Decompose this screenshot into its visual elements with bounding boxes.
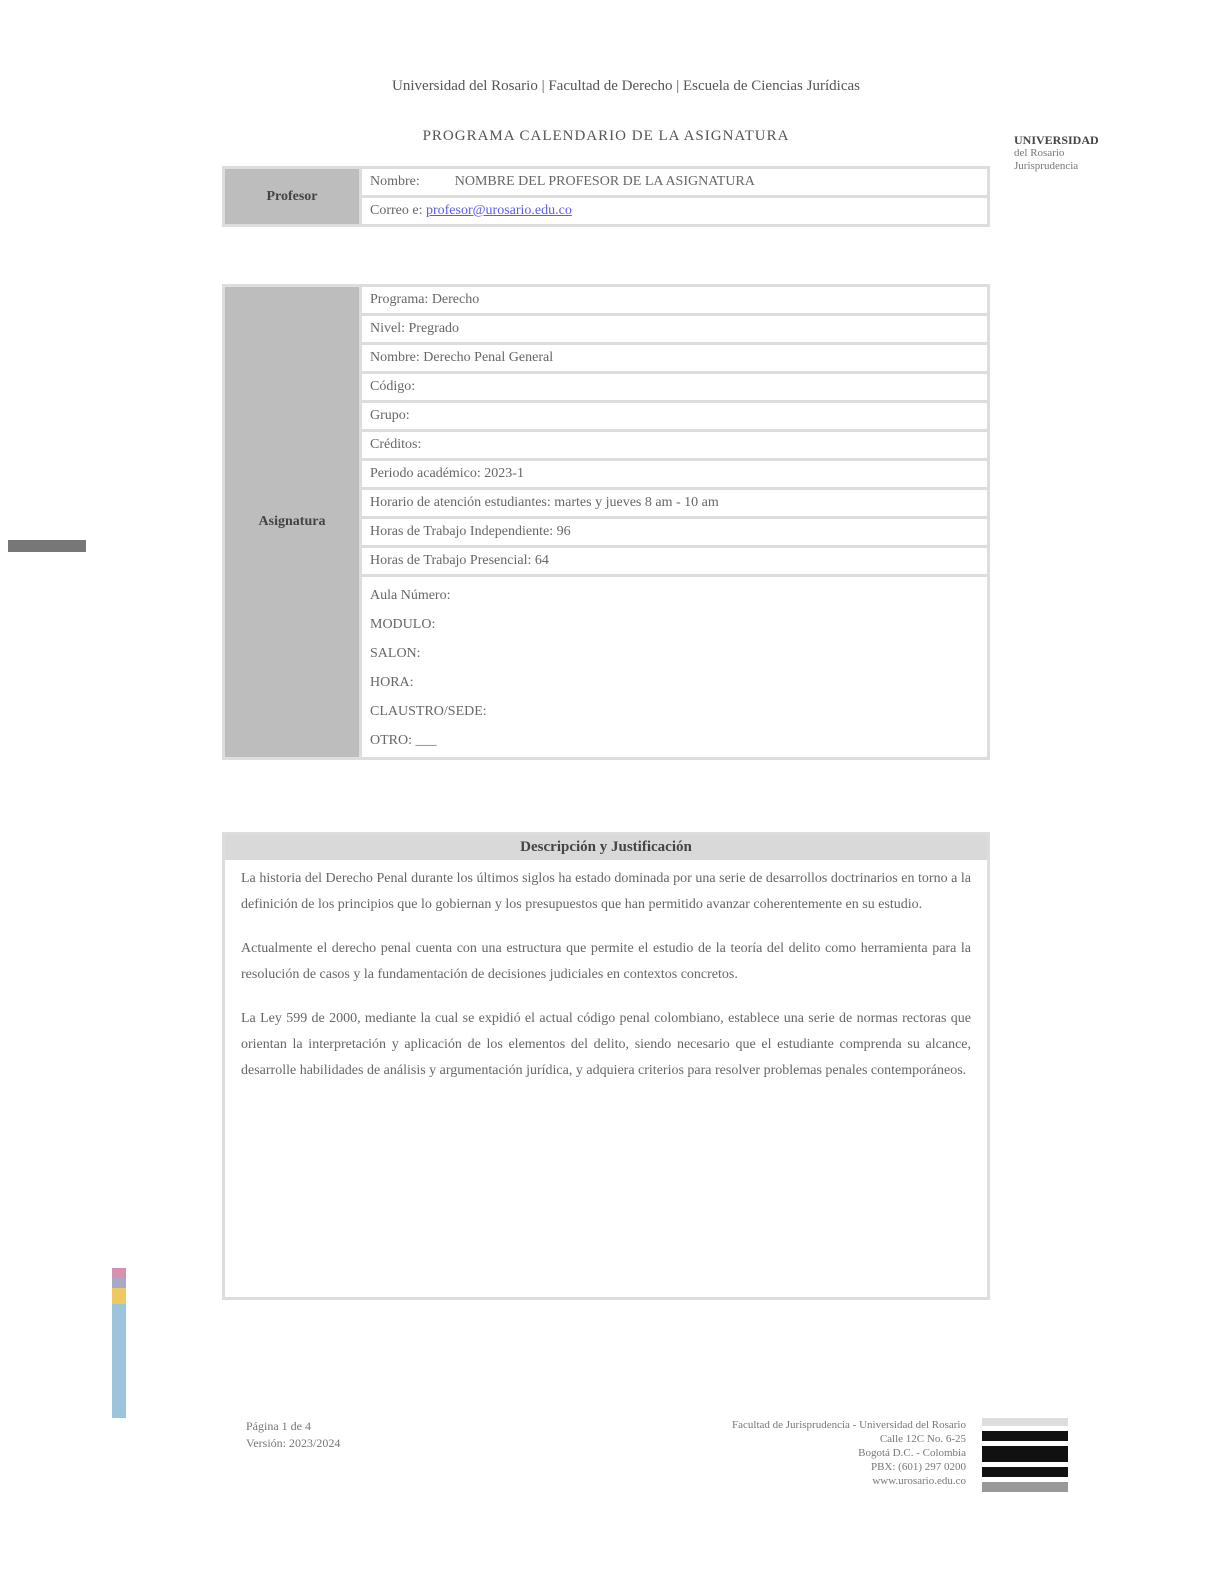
asignatura-row: Código: — [361, 373, 989, 402]
asignatura-row: Grupo: — [361, 402, 989, 431]
document-title: PROGRAMA CALENDARIO DE LA ASIGNATURA — [350, 128, 862, 145]
aula-block: Aula Número: MODULO: SALON: HORA: CLAUST… — [361, 576, 989, 759]
profesor-table: Profesor Nombre: NOMBRE DEL PROFESOR DE … — [222, 166, 990, 227]
email-link[interactable]: profesor@urosario.edu.co — [426, 203, 572, 218]
descripcion-heading: Descripción y Justificación — [225, 835, 987, 860]
descripcion-paragraph: Actualmente el derecho penal cuenta con … — [241, 936, 971, 988]
asignatura-row: Horas de Trabajo Presencial: 64 — [361, 547, 989, 576]
asignatura-label: Asignatura — [224, 286, 361, 759]
asignatura-row: Créditos: — [361, 431, 989, 460]
descripcion-paragraph: La Ley 599 de 2000, mediante la cual se … — [241, 1006, 971, 1084]
asignatura-row: Horas de Trabajo Independiente: 96 — [361, 518, 989, 547]
profesor-label: Profesor — [224, 168, 361, 226]
side-marker — [8, 540, 86, 552]
asignatura-row: Nivel: Pregrado — [361, 315, 989, 344]
footer-left: Página 1 de 4 Versión: 2023/2024 — [246, 1418, 340, 1452]
descripcion-section: Descripción y Justificación La historia … — [222, 832, 990, 1300]
institution-header: Universidad del Rosario | Facultad de De… — [262, 78, 990, 95]
footer-logo-icon — [982, 1418, 1068, 1510]
asignatura-row: Nombre: Derecho Penal General — [361, 344, 989, 373]
footer-address: Facultad de Jurisprudencia - Universidad… — [664, 1418, 966, 1488]
university-logo: UNIVERSIDAD del Rosario Jurisprudencia — [1014, 134, 1099, 173]
color-bar-decoration — [112, 1268, 126, 1418]
asignatura-table: AsignaturaPrograma: Derecho Nivel: Pregr… — [222, 284, 990, 760]
asignatura-row: Periodo académico: 2023-1 — [361, 460, 989, 489]
descripcion-paragraph: La historia del Derecho Penal durante lo… — [241, 866, 971, 918]
profesor-nombre: Nombre: NOMBRE DEL PROFESOR DE LA ASIGNA… — [361, 168, 989, 197]
asignatura-row: Programa: Derecho — [361, 286, 989, 315]
profesor-correo: Correo e: profesor@urosario.edu.co — [361, 197, 989, 226]
asignatura-row: Horario de atención estudiantes: martes … — [361, 489, 989, 518]
